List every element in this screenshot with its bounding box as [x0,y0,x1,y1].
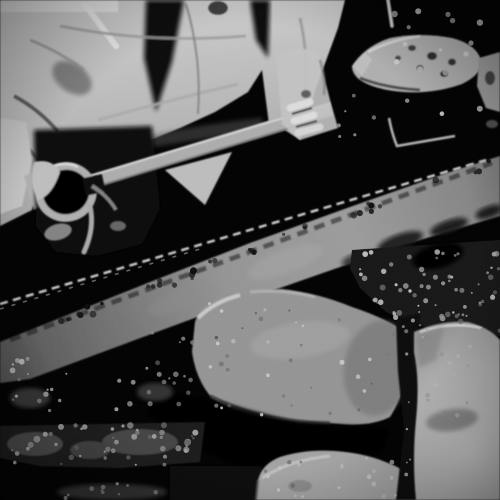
vignette-overlay [0,0,500,500]
bw-excavation-photo [0,0,500,500]
photograph [0,0,500,500]
